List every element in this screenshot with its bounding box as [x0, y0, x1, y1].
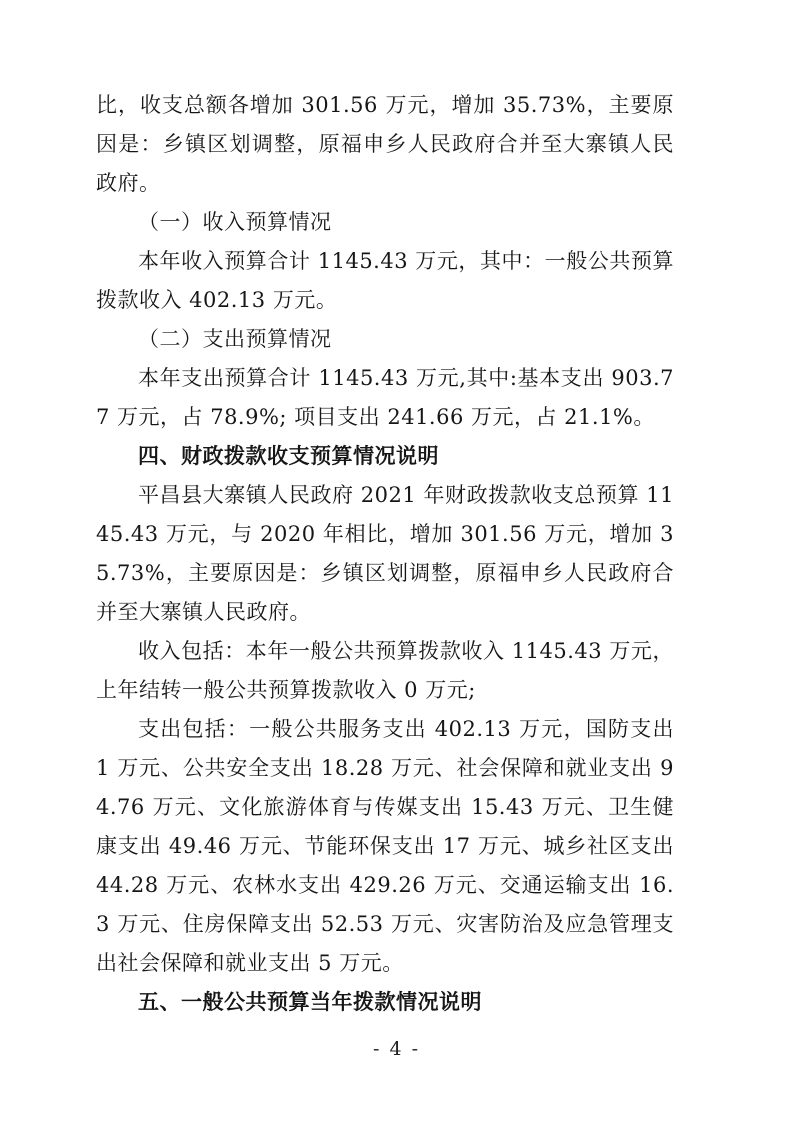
body-paragraph: 本年支出预算合计 1145.43 万元,其中:基本支出 903.77 万元，占 … [96, 359, 674, 437]
body-paragraph: 收入包括：本年一般公共预算拨款收入 1145.43 万元，上年结转一般公共预算拨… [96, 632, 674, 710]
body-paragraph: 比，收支总额各增加 301.56 万元，增加 35.73%，主要原因是：乡镇区划… [96, 86, 674, 203]
subsection-heading: （二）支出预算情况 [96, 320, 674, 359]
section-heading: 四、财政拨款收支预算情况说明 [96, 437, 674, 476]
body-paragraph: 本年收入预算合计 1145.43 万元，其中：一般公共预算拨款收入 402.13… [96, 242, 674, 320]
document-body: 比，收支总额各增加 301.56 万元，增加 35.73%，主要原因是：乡镇区划… [96, 86, 674, 1022]
page-number: - 4 - [373, 1038, 420, 1060]
subsection-heading: （一）收入预算情况 [96, 203, 674, 242]
section-heading: 五、一般公共预算当年拨款情况说明 [96, 983, 674, 1022]
body-paragraph: 平昌县大寨镇人民政府 2021 年财政拨款收支总预算 1145.43 万元，与 … [96, 476, 674, 632]
page-footer: - 4 - [0, 1038, 793, 1060]
body-paragraph: 支出包括：一般公共服务支出 402.13 万元，国防支出 1 万元、公共安全支出… [96, 710, 674, 983]
document-page: 比，收支总额各增加 301.56 万元，增加 35.73%，主要原因是：乡镇区划… [0, 0, 793, 1122]
